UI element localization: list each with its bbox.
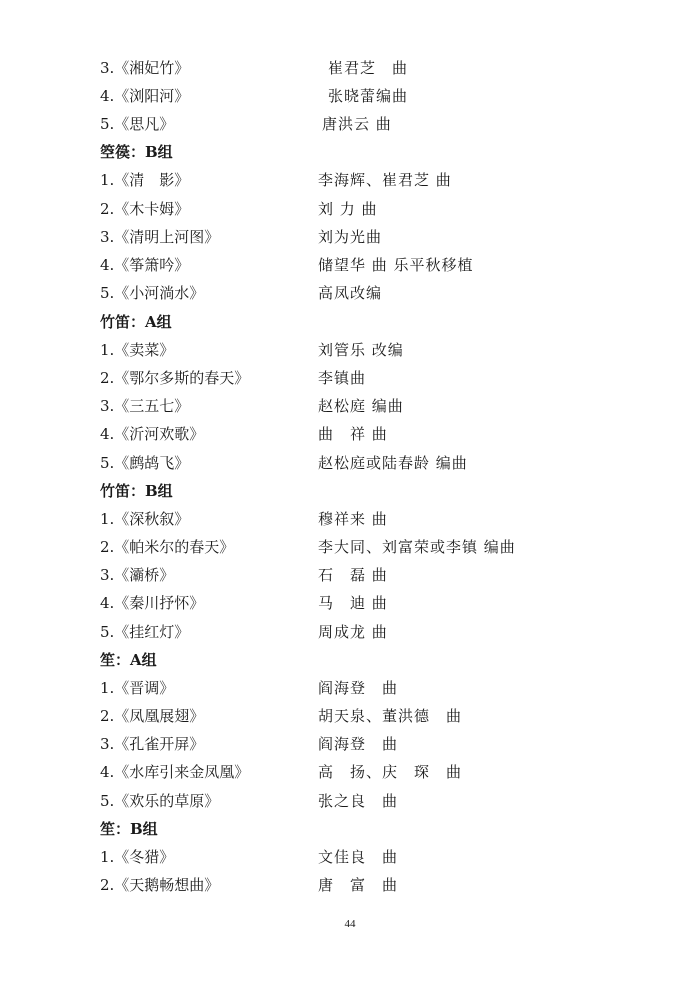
piece-composer: 石 磊 曲 <box>318 563 388 587</box>
piece-composer: 曲 祥 曲 <box>318 422 388 446</box>
piece-composer: 李镇曲 <box>318 366 366 390</box>
list-item: 1.《清 影》 李海辉、崔君芝 曲 <box>100 168 119 192</box>
list-item: 4.《沂河欢歌》 曲 祥 曲 <box>100 422 119 446</box>
piece-composer: 崔君芝 曲 <box>328 56 408 80</box>
piece-title: 3.《清明上河图》 <box>100 225 219 249</box>
piece-title: 5.《欢乐的草原》 <box>100 789 219 813</box>
section-heading-sheng-b: 笙：B组 <box>100 817 158 841</box>
piece-title: 5.《挂红灯》 <box>100 620 189 644</box>
piece-composer: 刘为光曲 <box>318 225 382 249</box>
piece-title: 4.《筝箫吟》 <box>100 253 189 277</box>
piece-title: 1.《卖菜》 <box>100 338 174 362</box>
piece-title: 4.《浏阳河》 <box>100 84 189 108</box>
piece-title: 1.《深秋叙》 <box>100 507 189 531</box>
piece-title: 2.《凤凰展翅》 <box>100 704 204 728</box>
piece-title: 1.《晋调》 <box>100 676 174 700</box>
page-number: 44 <box>0 918 700 930</box>
piece-composer: 刘 力 曲 <box>318 197 378 221</box>
list-item: 3.《灞桥》 石 磊 曲 <box>100 563 119 587</box>
piece-composer: 唐洪云 曲 <box>322 112 392 136</box>
section-heading-dizi-a: 竹笛：A组 <box>100 310 172 334</box>
piece-composer: 李海辉、崔君芝 曲 <box>318 168 452 192</box>
list-item: 3.《清明上河图》 刘为光曲 <box>100 225 119 249</box>
section-heading-dizi-b: 竹笛：B组 <box>100 479 173 503</box>
list-item: 1.《晋调》 阎海登 曲 <box>100 676 119 700</box>
list-item: 2.《凤凰展翅》 胡天泉、董洪德 曲 <box>100 704 119 728</box>
piece-title: 3.《三五七》 <box>100 394 189 418</box>
list-item: 2.《木卡姆》 刘 力 曲 <box>100 197 119 221</box>
list-item: 3.《孔雀开屏》 阎海登 曲 <box>100 732 119 756</box>
piece-composer: 赵松庭或陆春龄 编曲 <box>318 451 468 475</box>
piece-title: 3.《湘妃竹》 <box>100 56 189 80</box>
piece-title: 5.《鹧鸪飞》 <box>100 451 189 475</box>
list-item: 1.《卖菜》 刘管乐 改编 <box>100 338 119 362</box>
piece-composer: 穆祥来 曲 <box>318 507 388 531</box>
piece-composer: 张晓蕾编曲 <box>328 84 408 108</box>
list-item: 3.《三五七》 赵松庭 编曲 <box>100 394 119 418</box>
piece-composer: 赵松庭 编曲 <box>318 394 404 418</box>
piece-title: 4.《水库引来金凤凰》 <box>100 760 249 784</box>
section-heading-konghou-b: 箜篌：B组 <box>100 140 173 164</box>
list-item: 2.《天鹅畅想曲》 唐 富 曲 <box>100 873 119 897</box>
piece-composer: 马 迪 曲 <box>318 591 388 615</box>
piece-composer: 张之良 曲 <box>318 789 398 813</box>
piece-composer: 阎海登 曲 <box>318 732 398 756</box>
list-item: 5.《小河淌水》 高凤改编 <box>100 281 119 305</box>
piece-title: 5.《小河淌水》 <box>100 281 204 305</box>
piece-composer: 文佳良 曲 <box>318 845 398 869</box>
piece-title: 2.《木卡姆》 <box>100 197 189 221</box>
section-heading-sheng-a: 笙：A组 <box>100 648 157 672</box>
piece-title: 2.《天鹅畅想曲》 <box>100 873 219 897</box>
list-item: 5.《挂红灯》 周成龙 曲 <box>100 620 119 644</box>
piece-composer: 储望华 曲 乐平秋移植 <box>318 253 474 277</box>
piece-composer: 高凤改编 <box>318 281 382 305</box>
piece-title: 1.《清 影》 <box>100 168 189 192</box>
piece-composer: 阎海登 曲 <box>318 676 398 700</box>
list-item: 1.《深秋叙》 穆祥来 曲 <box>100 507 119 531</box>
piece-title: 1.《冬猎》 <box>100 845 174 869</box>
list-item: 4.《浏阳河》 张晓蕾编曲 <box>100 84 119 108</box>
piece-composer: 李大同、刘富荣或李镇 编曲 <box>318 535 516 559</box>
piece-title: 4.《沂河欢歌》 <box>100 422 204 446</box>
piece-title: 3.《灞桥》 <box>100 563 174 587</box>
list-item: 4.《筝箫吟》 储望华 曲 乐平秋移植 <box>100 253 119 277</box>
list-item: 5.《思凡》 唐洪云 曲 <box>100 112 119 136</box>
piece-composer: 胡天泉、董洪德 曲 <box>318 704 462 728</box>
piece-composer: 唐 富 曲 <box>318 873 398 897</box>
piece-composer: 周成龙 曲 <box>318 620 388 644</box>
piece-composer: 刘管乐 改编 <box>318 338 404 362</box>
list-item: 2.《帕米尔的春天》 李大同、刘富荣或李镇 编曲 <box>100 535 119 559</box>
piece-title: 2.《鄂尔多斯的春天》 <box>100 366 249 390</box>
list-item: 1.《冬猎》 文佳良 曲 <box>100 845 119 869</box>
list-item: 5.《欢乐的草原》 张之良 曲 <box>100 789 119 813</box>
list-item: 2.《鄂尔多斯的春天》 李镇曲 <box>100 366 119 390</box>
piece-title: 5.《思凡》 <box>100 112 174 136</box>
list-item: 5.《鹧鸪飞》 赵松庭或陆春龄 编曲 <box>100 451 119 475</box>
list-item: 4.《水库引来金凤凰》 高 扬、庆 琛 曲 <box>100 760 119 784</box>
list-item: 4.《秦川抒怀》 马 迪 曲 <box>100 591 119 615</box>
piece-title: 2.《帕米尔的春天》 <box>100 535 234 559</box>
piece-composer: 高 扬、庆 琛 曲 <box>318 760 462 784</box>
piece-title: 3.《孔雀开屏》 <box>100 732 204 756</box>
list-item: 3.《湘妃竹》 崔君芝 曲 <box>100 56 119 80</box>
document-page: 3.《湘妃竹》 崔君芝 曲 4.《浏阳河》 张晓蕾编曲 5.《思凡》 唐洪云 曲… <box>0 0 700 990</box>
piece-title: 4.《秦川抒怀》 <box>100 591 204 615</box>
